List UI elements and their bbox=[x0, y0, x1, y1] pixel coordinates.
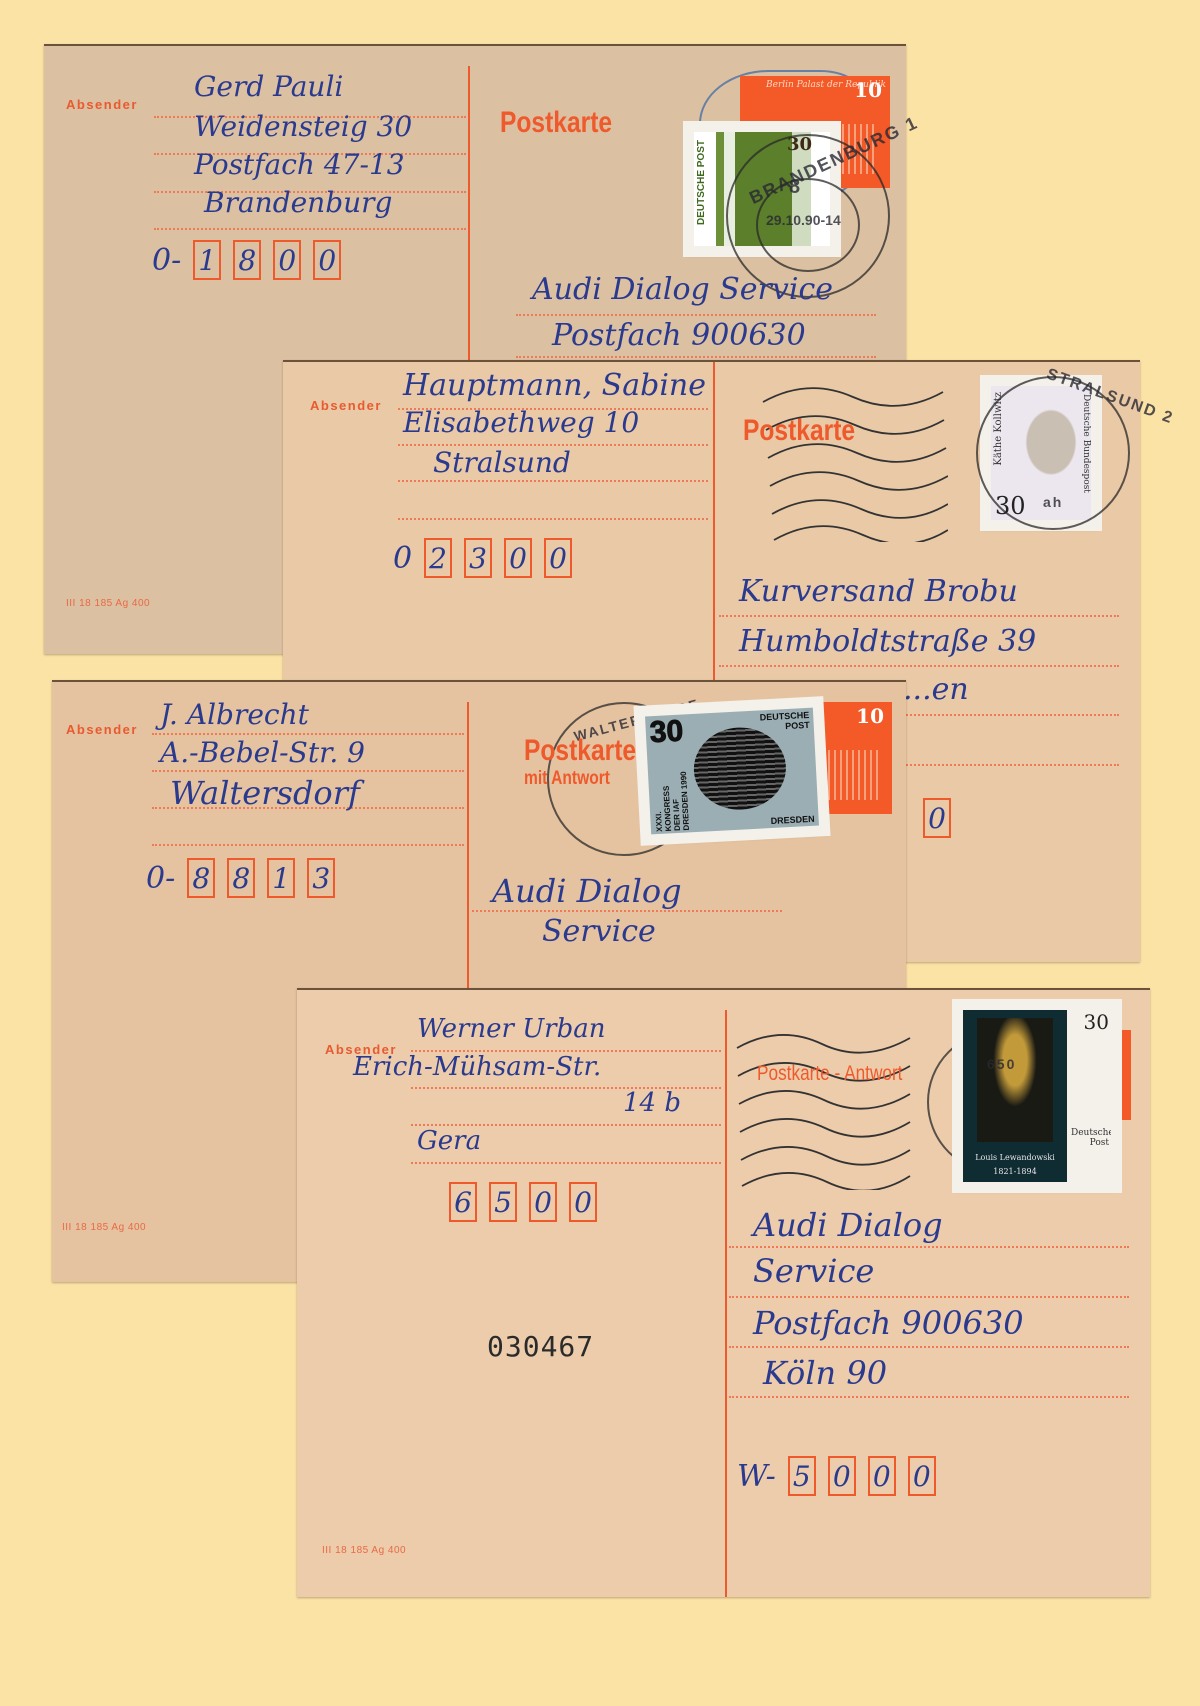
postmark-code: 8 bbox=[789, 176, 802, 199]
absender-label: Absender bbox=[66, 722, 138, 737]
absender-label: Absender bbox=[310, 398, 382, 413]
stamp-subject: Louis Lewandowski bbox=[967, 1153, 1063, 1162]
recipient-line-2: Postfach 900630 bbox=[552, 318, 806, 353]
postmark-date: 29.10.90-14 bbox=[766, 212, 841, 228]
sender-name: Werner Urban bbox=[417, 1014, 605, 1044]
sender-street: Erich-Mühsam-Str. bbox=[353, 1052, 601, 1082]
sender-pobox: Postfach 47-13 bbox=[194, 148, 405, 181]
address-line bbox=[472, 910, 782, 912]
address-line bbox=[152, 770, 464, 772]
card-type-label: Postkarte mit Antwort bbox=[524, 734, 636, 790]
sender-postcode: 0 2 3 0 0 bbox=[393, 538, 572, 578]
address-line bbox=[729, 1396, 1129, 1398]
sender-street: Weidensteig 30 bbox=[194, 110, 412, 143]
recipient-line-1: Audi Dialog bbox=[753, 1206, 943, 1244]
address-line bbox=[152, 733, 464, 735]
recipient-line-1: Kurversand Brobu bbox=[739, 574, 1018, 609]
address-line bbox=[719, 665, 1119, 667]
recipient-line-1: Audi Dialog bbox=[492, 872, 682, 910]
stamp-side-text: XXXI. KONGRESS DER IAF DRESDEN 1990 bbox=[652, 766, 691, 832]
recipient-line-3: ...en bbox=[903, 672, 969, 707]
stamp: 30 DEUTSCHE POST XXXI. KONGRESS DER IAF … bbox=[637, 699, 828, 842]
recipient-line-2: Humboldtstraße 39 bbox=[739, 624, 1036, 659]
stamp-value: 30 bbox=[1084, 1010, 1109, 1034]
sender-city: Waltersdorf bbox=[170, 774, 360, 812]
recipient-line-3: Postfach 900630 bbox=[753, 1304, 1024, 1342]
stamp: Louis Lewandowski 1821-1894 30 Deutsche … bbox=[955, 1002, 1119, 1190]
sender-street: Elisabethweg 10 bbox=[403, 406, 639, 439]
wave-cancellation bbox=[732, 1020, 912, 1190]
stamp-issuer: Deutsche Post bbox=[1071, 1128, 1109, 1148]
absender-label: Absender bbox=[66, 97, 138, 112]
address-line bbox=[516, 356, 876, 358]
sender-city: Brandenburg bbox=[204, 186, 392, 219]
recipient-postcode: W- 5 0 0 0 bbox=[737, 1456, 936, 1496]
address-line bbox=[398, 518, 708, 520]
card-subtitle: mit Antwort bbox=[524, 768, 636, 790]
sender-street: A.-Bebel-Str. 9 bbox=[160, 736, 365, 769]
recipient-postcode: 0 bbox=[923, 798, 951, 838]
sender-city: Stralsund bbox=[433, 446, 571, 479]
stamp-issuer: DEUTSCHE POST bbox=[696, 140, 707, 225]
stamp-issuer: DEUTSCHE POST bbox=[754, 710, 810, 733]
recipient-line-2: Service bbox=[542, 914, 656, 949]
stamp-value: 30 bbox=[649, 715, 684, 751]
address-line bbox=[729, 1246, 1129, 1248]
serial-number: 030467 bbox=[487, 1330, 594, 1363]
recipient-line-4: Köln 90 bbox=[763, 1354, 887, 1392]
print-code: III 18 185 Ag 400 bbox=[322, 1545, 406, 1556]
address-line bbox=[729, 1296, 1129, 1298]
sender-postcode: 0- 1 8 0 0 bbox=[152, 240, 341, 280]
sender-name: Hauptmann, Sabine bbox=[403, 368, 706, 403]
postmark-code: ah bbox=[1043, 494, 1063, 510]
stamp-years: 1821-1894 bbox=[967, 1167, 1063, 1176]
print-code: III 18 185 Ag 400 bbox=[66, 598, 150, 609]
sender-postcode: 6 5 0 0 bbox=[449, 1182, 597, 1222]
recipient-line-1: Audi Dialog Service bbox=[532, 272, 833, 307]
postcard-4: Absender Werner Urban Erich-Mühsam-Str. … bbox=[297, 988, 1150, 1597]
stamp-portrait-frame: Louis Lewandowski 1821-1894 bbox=[963, 1010, 1067, 1182]
postmark-code: 650 bbox=[987, 1056, 1016, 1072]
address-line bbox=[152, 844, 464, 846]
sender-city: Gera bbox=[417, 1126, 481, 1156]
sender-postcode: 0- 8 8 1 3 bbox=[146, 858, 335, 898]
address-line bbox=[516, 314, 876, 316]
recipient-line-2: Service bbox=[753, 1252, 874, 1290]
wave-cancellation bbox=[758, 372, 948, 542]
sender-name: J. Albrecht bbox=[160, 698, 309, 731]
stamp-image-zwinger bbox=[692, 725, 788, 812]
address-line bbox=[398, 480, 708, 482]
stamp-city: DRESDEN bbox=[770, 814, 814, 826]
stamp-portrait bbox=[977, 1018, 1053, 1142]
sender-house-number: 14 b bbox=[623, 1088, 681, 1118]
address-line bbox=[729, 1346, 1129, 1348]
sender-name: Gerd Pauli bbox=[194, 70, 343, 103]
print-code: III 18 185 Ag 400 bbox=[62, 1222, 146, 1233]
card-divider bbox=[725, 1010, 727, 1597]
address-line bbox=[154, 228, 466, 230]
address-line bbox=[719, 615, 1119, 617]
card-type-label: Postkarte bbox=[500, 106, 612, 140]
address-line bbox=[411, 1162, 721, 1164]
card-type-label: Postkarte - Antwort bbox=[757, 1062, 902, 1086]
card-type-label: Postkarte bbox=[743, 414, 855, 448]
